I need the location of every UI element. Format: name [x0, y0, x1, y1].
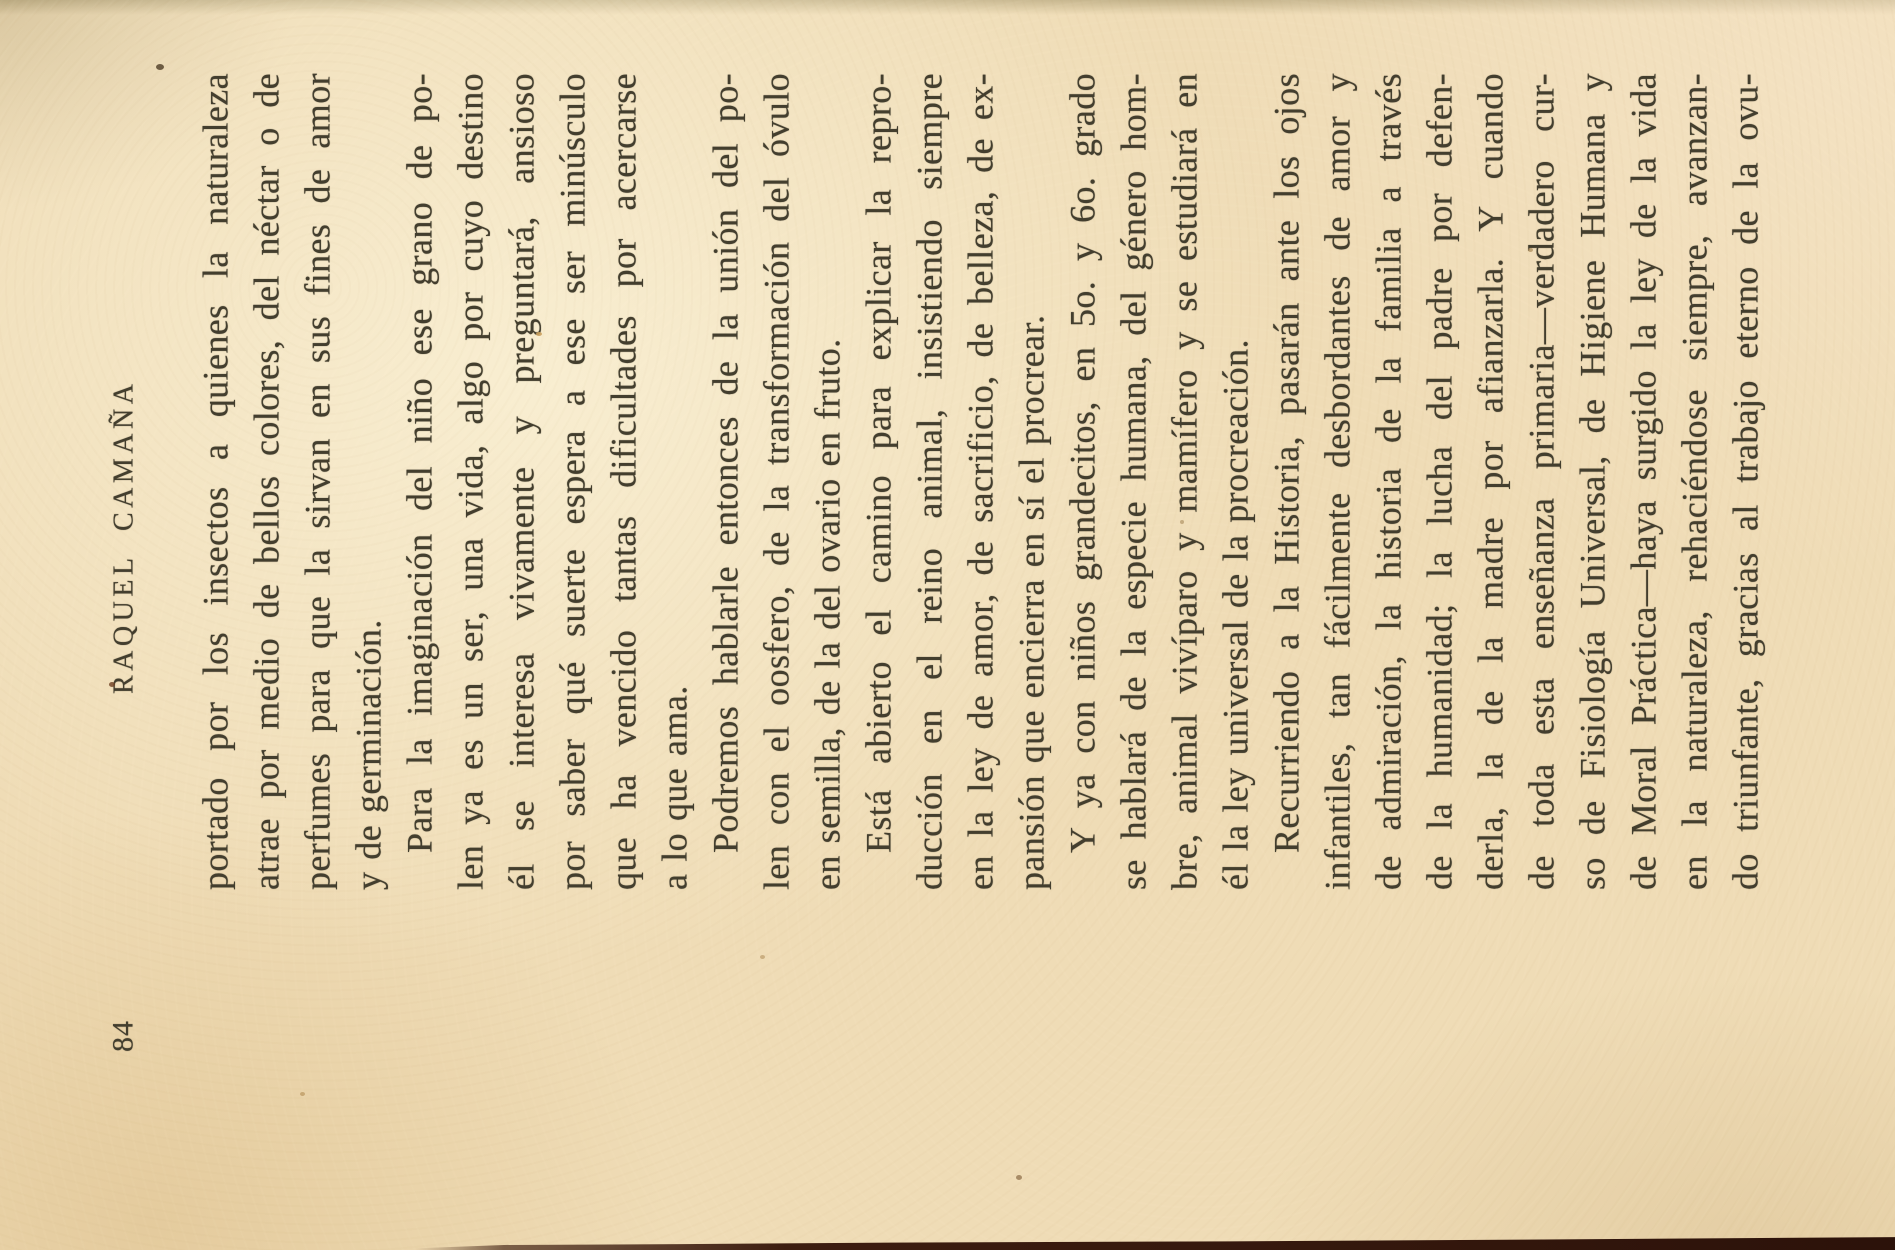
- text-line: len ya es un ser, una vida, algo por cuy…: [445, 73, 496, 890]
- running-header-author: RAQUEL CAMAÑA: [108, 380, 140, 694]
- text-line: Está abierto el camino para explicar la …: [853, 73, 904, 890]
- scanned-page-image: 84 RAQUEL CAMAÑA portado por los insecto…: [0, 0, 1895, 1250]
- text-line: pansión que encierra en sí el procrear.: [1006, 73, 1057, 890]
- text-line: él se interesa vivamente y preguntará, a…: [496, 73, 547, 890]
- text-line: Recurriendo a la Historia, pasarán ante …: [1261, 73, 1312, 890]
- text-line: de la humanidad; la lucha del padre por …: [1414, 73, 1465, 890]
- text-line: de toda esta enseñanza primaria—verdader…: [1516, 73, 1567, 890]
- text-line: derla, la de la madre por afianzarla. Y …: [1465, 73, 1516, 890]
- text-line: do triunfante, gracias al trabajo eterno…: [1720, 73, 1771, 890]
- text-line: se hablará de la especie humana, del gén…: [1108, 73, 1159, 890]
- text-line: de admiración, la historia de la familia…: [1363, 73, 1414, 890]
- text-line: él la ley universal de la procreación.: [1210, 73, 1261, 890]
- text-line: a lo que ama.: [649, 73, 700, 890]
- text-line: en la ley de amor, de sacrificio, de bel…: [955, 73, 1006, 890]
- text-line: que ha vencido tantas dificultades por a…: [598, 73, 649, 890]
- text-line: de Moral Práctica—haya surgido la ley de…: [1618, 73, 1669, 890]
- text-line: Y ya con niños grandecitos, en 5o. y 6o.…: [1057, 73, 1108, 890]
- text-line: atrae por medio de bellos colores, del n…: [241, 73, 292, 890]
- text-line: infantiles, tan fácilmente desbordantes …: [1312, 73, 1363, 890]
- text-line: Para la imaginación del niño ese grano d…: [394, 73, 445, 890]
- text-line: y de germinación.: [343, 73, 394, 890]
- text-line: so de Fisiología Universal, de Higiene H…: [1567, 73, 1618, 890]
- text-line: perfumes para que la sirvan en sus fines…: [292, 73, 343, 890]
- text-line: bre, animal vivíparo y mamífero y se est…: [1159, 73, 1210, 890]
- text-line: Podremos hablarle entonces de la unión d…: [700, 73, 751, 890]
- text-line: por saber qué suerte espera a ese ser mi…: [547, 73, 598, 890]
- text-line: len con el oosfero, de la transformación…: [751, 73, 802, 890]
- text-line: en semilla, de la del ovario en fruto.: [802, 73, 853, 890]
- text-line: portado por los insectos a quienes la na…: [190, 73, 241, 890]
- text-block: portado por los insectos a quienes la na…: [190, 73, 1771, 890]
- book-page: 84 RAQUEL CAMAÑA portado por los insecto…: [0, 0, 1895, 1250]
- text-line: ducción en el reino animal, insistiendo …: [904, 73, 955, 890]
- page-number: 84: [106, 1020, 140, 1052]
- text-line: en la naturaleza, rehaciéndose siempre, …: [1669, 73, 1720, 890]
